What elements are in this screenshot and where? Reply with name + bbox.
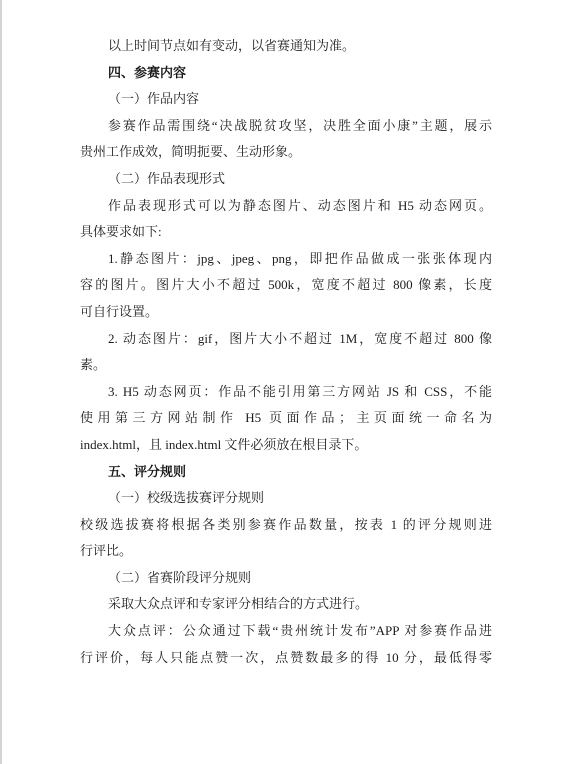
- text-line: 以上时间节点如有变动，以省赛通知为准。: [80, 33, 492, 60]
- document-text-block: 以上时间节点如有变动，以省赛通知为准。四、参赛内容（一）作品内容参赛作品需围绕“…: [80, 33, 492, 671]
- text-line: 采取大众点评和专家评分相结合的方式进行。: [80, 591, 492, 618]
- text-line: （一）作品内容: [80, 86, 492, 113]
- text-line: 作品表现形式可以为静态图片、动态图片和 H5 动态网页。: [80, 193, 492, 220]
- text-line: 素。: [80, 352, 492, 379]
- text-line: 校级选拔赛将根据各类别参赛作品数量，按表 1 的评分规则进: [80, 512, 492, 539]
- text-line: 行评比。: [80, 538, 492, 565]
- text-line: 贵州工作成效，简明扼要、生动形象。: [80, 139, 492, 166]
- text-line: （二）作品表现形式: [80, 166, 492, 193]
- page-edge-line: [0, 0, 2, 764]
- text-line: 2. 动态图片：gif，图片大小不超过 1M，宽度不超过 800 像: [80, 326, 492, 353]
- text-line: 参赛作品需围绕“决战脱贫攻坚，决胜全面小康”主题，展示: [80, 113, 492, 140]
- text-line: （一）校级选拔赛评分规则: [80, 485, 492, 512]
- text-line: 大众点评：公众通过下载“贵州统计发布”APP 对参赛作品进: [80, 618, 492, 645]
- text-line: 容的图片。图片大小不超过 500k，宽度不超过 800 像素，长度: [80, 272, 492, 299]
- text-line: index.html，且 index.html 文件必须放在根目录下。: [80, 432, 492, 459]
- text-line: 行评价，每人只能点赞一次，点赞数最多的得 10 分，最低得零: [80, 645, 492, 672]
- text-line: 使用第三方网站制作 H5 页面作品；主页面统一命名为: [80, 405, 492, 432]
- text-line: 具体要求如下:: [80, 219, 492, 246]
- text-line: 1.静态图片：jpg、jpeg、png，即把作品做成一张张体现内: [80, 246, 492, 273]
- text-line: （二）省赛阶段评分规则: [80, 565, 492, 592]
- text-line: 四、参赛内容: [80, 60, 492, 87]
- text-line: 可自行设置。: [80, 299, 492, 326]
- text-line: 五、评分规则: [80, 459, 492, 486]
- text-line: 3. H5 动态网页：作品不能引用第三方网站 JS 和 CSS，不能: [80, 379, 492, 406]
